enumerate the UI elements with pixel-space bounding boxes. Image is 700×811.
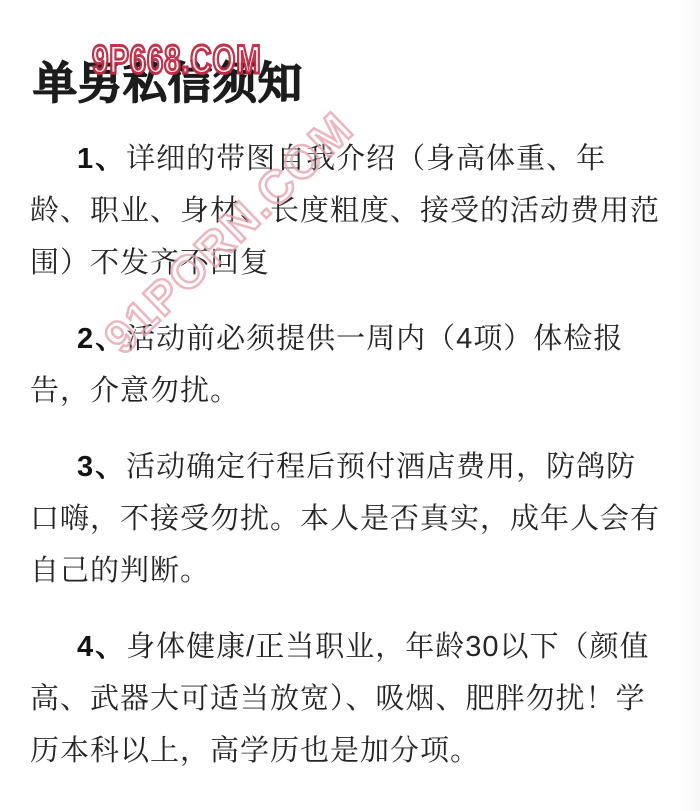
notice-page: 单男私信须知 9P668.COM 91PORN.COM 1、详细的带图自我介绍（… <box>0 0 700 811</box>
notice-line: 告，介意勿扰。 <box>30 365 666 417</box>
paragraph-number: 3、 <box>77 451 126 483</box>
notice-body: 1、详细的带图自我介绍（身高体重、年龄、职业、身材、长度粗度、接受的活动费用范围… <box>30 133 666 801</box>
paragraph-number: 1、 <box>77 143 126 175</box>
notice-line: 4、身体健康/正当职业，年龄30以下（颜值 <box>30 621 666 673</box>
notice-line: 高、武器大可适当放宽）、吸烟、肥胖勿扰！学 <box>30 673 666 725</box>
paragraph-text: 活动前必须提供一周内（4项）体检报 <box>126 323 623 355</box>
notice-line: 3、活动确定行程后预付酒店费用，防鸽防 <box>30 441 666 493</box>
page-edge-shade <box>678 0 700 811</box>
paragraph-number: 4、 <box>77 631 126 663</box>
notice-line: 围）不发齐不回复 <box>30 237 666 289</box>
paragraph-text: 身体健康/正当职业，年龄30以下（颜值 <box>126 631 649 663</box>
paragraph-text: 活动确定行程后预付酒店费用，防鸽防 <box>126 451 636 483</box>
notice-line: 历本科以上，高学历也是加分项。 <box>30 725 666 777</box>
notice-line: 龄、职业、身材、长度粗度、接受的活动费用范 <box>30 185 666 237</box>
paragraph-text: 详细的带图自我介绍（身高体重、年 <box>126 143 606 175</box>
notice-paragraph: 1、详细的带图自我介绍（身高体重、年龄、职业、身材、长度粗度、接受的活动费用范围… <box>30 133 666 289</box>
notice-line: 自己的判断。 <box>30 545 666 597</box>
notice-line: 口嗨，不接受勿扰。本人是否真实，成年人会有 <box>30 493 666 545</box>
watermark-9p668: 9P668.COM <box>92 40 262 80</box>
notice-paragraph: 4、身体健康/正当职业，年龄30以下（颜值高、武器大可适当放宽）、吸烟、肥胖勿扰… <box>30 621 666 777</box>
notice-paragraph: 3、活动确定行程后预付酒店费用，防鸽防口嗨，不接受勿扰。本人是否真实，成年人会有… <box>30 441 666 597</box>
